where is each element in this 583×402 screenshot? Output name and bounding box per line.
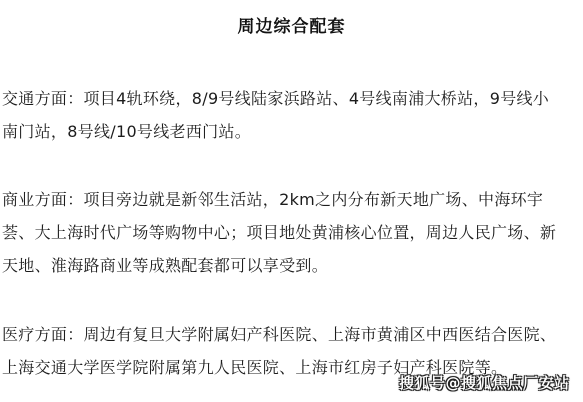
paragraph-line: 荟、大上海时代广场等购物中心；项目地处黄浦核心位置，周边人民广场、新 bbox=[2, 216, 578, 249]
paragraph-line: 天地、淮海路商业等成熟配套都可以享受到。 bbox=[2, 249, 578, 282]
transport-paragraph: 交通方面：项目4轨环绕，8/9号线陆家浜路站、4号线南浦大桥站，9号线小 南门站… bbox=[2, 82, 578, 148]
source-watermark: 搜狐号@搜狐焦点厂安站 bbox=[399, 372, 570, 393]
commerce-paragraph: 商业方面：项目旁边就是新邻生活站，2km之内分布新天地广场、中海环宇 荟、大上海… bbox=[2, 183, 578, 282]
paragraph-line: 南门站，8号线/10号线老西门站。 bbox=[2, 115, 578, 148]
page-title: 周边综合配套 bbox=[0, 12, 583, 37]
paragraph-line: 医疗方面：周边有复旦大学附属妇产科医院、上海市黄浦区中西医结合医院、 bbox=[2, 318, 578, 351]
paragraph-line: 商业方面：项目旁边就是新邻生活站，2km之内分布新天地广场、中海环宇 bbox=[2, 183, 578, 216]
paragraph-line: 交通方面：项目4轨环绕，8/9号线陆家浜路站、4号线南浦大桥站，9号线小 bbox=[2, 82, 578, 115]
